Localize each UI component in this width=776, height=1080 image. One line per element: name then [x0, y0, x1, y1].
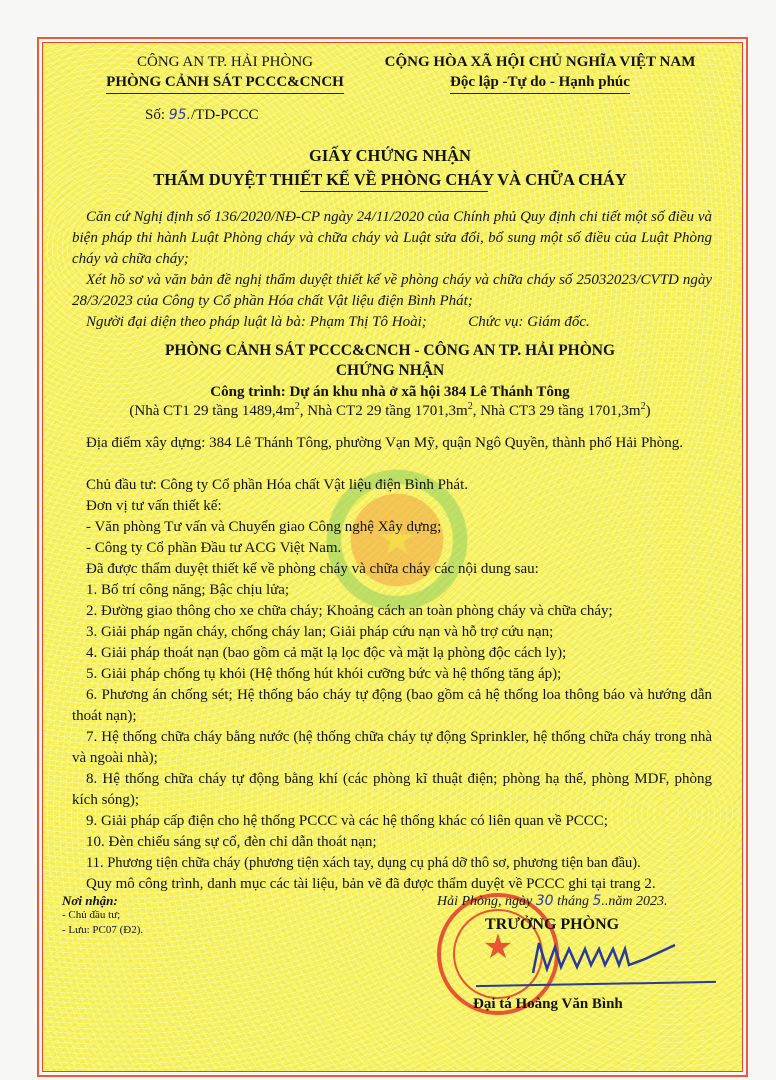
- representative-name: Người đại diện theo pháp luật là bà: Phạ…: [86, 314, 427, 330]
- area-ct1: (Nhà CT1 29 tầng 1489,4m: [129, 403, 294, 419]
- recipient: - Lưu: PC07 (Đ2).: [62, 923, 143, 938]
- certifying-authority: PHÒNG CẢNH SÁT PCCC&CNCH - CÔNG AN TP. H…: [60, 341, 720, 381]
- date-day: 30: [536, 893, 554, 909]
- consultant-label: Đơn vị tư vấn thiết kế:: [86, 496, 222, 517]
- approved-intro: Đã được thẩm duyệt thiết kế về phòng chá…: [86, 559, 539, 580]
- title-line1: GIẤY CHỨNG NHẬN: [60, 144, 720, 168]
- number-suffix: /TD-PCCC: [191, 107, 259, 123]
- date-month-label: tháng: [557, 894, 589, 909]
- approved-item: 2. Đường giao thông cho xe chữa cháy; Kh…: [86, 601, 613, 622]
- area-ct3: , Nhà CT3 29 tầng 1701,3m: [473, 403, 641, 419]
- number-value: 95.: [169, 107, 191, 123]
- legal-basis: Căn cứ Nghị định số 136/2020/NĐ-CP ngày …: [72, 207, 712, 270]
- legal-representative: Người đại diện theo pháp luật là bà: Phạ…: [72, 312, 712, 333]
- representative-position: Chức vụ: Giám đốc.: [468, 314, 590, 330]
- area-close: ): [646, 403, 651, 419]
- approved-item: 5. Giải pháp chống tụ khói (Hệ thống hút…: [86, 664, 561, 685]
- handwritten-signature: [525, 935, 695, 985]
- scale-note: Quy mô công trình, danh mục các tài liệu…: [86, 874, 656, 895]
- approved-item: 6. Phương án chống sét; Hệ thống báo chá…: [72, 685, 712, 727]
- document-number: Số: 95./TD-PCCC: [145, 107, 259, 124]
- date-prefix: Hải Phòng, ngày: [437, 894, 532, 909]
- issuing-authority: CÔNG AN TP. HẢI PHÒNG PHÒNG CẢNH SÁT PCC…: [90, 52, 360, 94]
- title-line2: THẨM DUYỆT THIẾT KẾ VỀ PHÒNG CHÁY VÀ CHỮ…: [153, 168, 627, 193]
- issue-date: Hải Phòng, ngày 30 tháng 5..năm 2023.: [437, 893, 668, 910]
- authority-full: PHÒNG CẢNH SÁT PCCC&CNCH - CÔNG AN TP. H…: [60, 341, 720, 361]
- approved-item: 8. Hệ thống chữa cháy tự động bằng khí (…: [72, 769, 712, 811]
- consultant-1: - Văn phòng Tư vấn và Chuyển giao Công n…: [86, 517, 441, 538]
- signer-name: Đại tá Hoàng Văn Bình: [473, 996, 623, 1013]
- approved-item: 10. Đèn chiếu sáng sự cố, đèn chỉ dẫn th…: [86, 832, 377, 853]
- investor: Chủ đầu tư: Công ty Cổ phần Hóa chất Vật…: [86, 475, 468, 496]
- national-motto: Độc lập -Tự do - Hạnh phúc: [450, 72, 630, 94]
- project-name: Công trình: Dự án khu nhà ở xã hội 384 L…: [60, 384, 720, 401]
- certify-heading: CHỨNG NHẬN: [60, 361, 720, 381]
- approved-item: 7. Hệ thống chữa cháy bằng nước (hệ thốn…: [72, 727, 712, 769]
- consultant-2: - Công ty Cổ phần Đầu tư ACG Việt Nam.: [86, 538, 341, 559]
- recipients: Nơi nhận: - Chủ đầu tư; - Lưu: PC07 (Đ2)…: [62, 893, 143, 938]
- national-header: CỘNG HÒA XÃ HỘI CHỦ NGHĨA VIỆT NAM Độc l…: [350, 52, 730, 94]
- approved-item: 11. Phương tiện chữa cháy (phương tiện x…: [86, 853, 641, 874]
- recipients-label: Nơi nhận:: [62, 893, 143, 908]
- construction-location: Địa điểm xây dựng: 384 Lê Thánh Tông, ph…: [72, 433, 712, 454]
- approved-item: 3. Giải pháp ngăn cháy, chống cháy lan; …: [86, 622, 553, 643]
- area-ct2: , Nhà CT2 29 tầng 1701,3m: [300, 403, 468, 419]
- building-areas: (Nhà CT1 29 tầng 1489,4m2, Nhà CT2 29 tầ…: [40, 403, 740, 420]
- national-name: CỘNG HÒA XÃ HỘI CHỦ NGHĨA VIỆT NAM: [350, 52, 730, 72]
- application-reference: Xét hồ sơ và văn bản đề nghị thẩm duyệt …: [72, 270, 712, 312]
- title-underline: [300, 191, 488, 192]
- recipient: - Chủ đầu tư;: [62, 908, 143, 923]
- number-label: Số:: [145, 107, 165, 123]
- authority-line2: PHÒNG CẢNH SÁT PCCC&CNCH: [106, 72, 344, 94]
- date-month: 5: [592, 893, 601, 909]
- approved-item: 4. Giải pháp thoát nạn (bao gồm cả mặt l…: [86, 643, 566, 664]
- date-year: năm 2023.: [608, 894, 667, 909]
- authority-line1: CÔNG AN TP. HẢI PHÒNG: [90, 52, 360, 72]
- certificate-title: GIẤY CHỨNG NHẬN THẨM DUYỆT THIẾT KẾ VỀ P…: [60, 144, 720, 193]
- signer-title: TRƯỞNG PHÒNG: [485, 916, 619, 934]
- approved-item: 9. Giải pháp cấp điện cho hệ thống PCCC …: [86, 811, 608, 832]
- approved-item: 1. Bố trí công năng; Bậc chịu lửa;: [86, 580, 289, 601]
